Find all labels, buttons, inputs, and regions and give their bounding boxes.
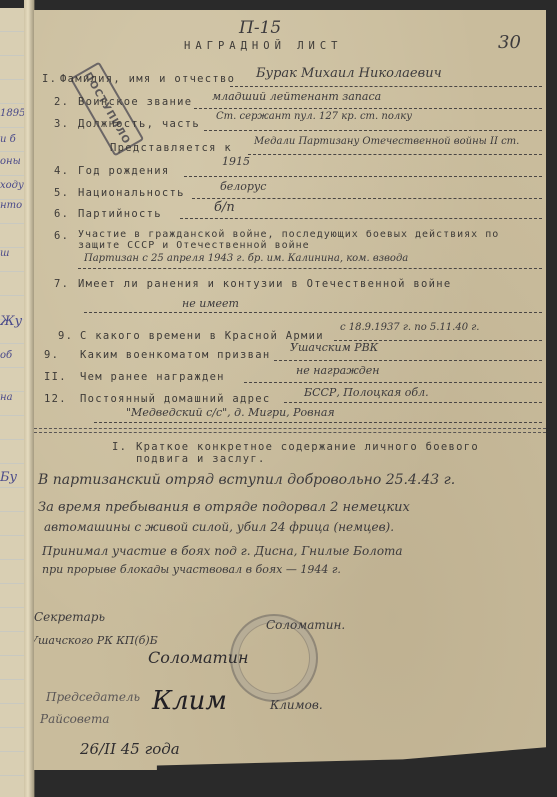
merit-text-line: В партизанский отряд вступил добровольно… — [38, 472, 455, 488]
chair-signature: Клим — [152, 686, 227, 716]
field-11-num: II. — [44, 371, 67, 383]
field-10-num: 9. — [44, 349, 59, 361]
secretary-signature: Соломатин — [148, 648, 249, 667]
left-page-text: об — [0, 350, 24, 361]
field-1-label: Фамилия, имя и отчество — [60, 73, 235, 85]
field-5-label: Национальность — [78, 187, 185, 199]
chair-title: Председатель — [46, 690, 140, 704]
fill-line — [184, 176, 542, 177]
binding-spine — [24, 0, 35, 797]
fill-line — [204, 130, 542, 131]
field-6-num: 6. — [54, 208, 69, 220]
secretary-name: Соломатин. — [266, 618, 345, 632]
chair-name: Климов. — [270, 698, 323, 712]
fill-line — [84, 312, 542, 313]
field-1-num: I. — [42, 73, 57, 85]
field-12-value-line2: "Медведский с/с", д. Мигри, Ровная — [126, 406, 335, 419]
left-page-text: ш — [0, 248, 24, 259]
left-page-text: 1895 — [0, 108, 24, 119]
fill-line — [284, 402, 542, 403]
field-10-value: Ушачским РВК — [290, 341, 378, 354]
left-page-text: и б — [0, 134, 24, 145]
fill-line — [192, 198, 542, 199]
field-8-value: не имеет — [182, 297, 239, 310]
left-page-text: Бу — [0, 470, 24, 485]
fill-line — [248, 154, 542, 155]
field-7-num: 6. — [54, 230, 69, 242]
field-8-num: 7. — [54, 278, 69, 290]
left-page-text: ходу — [0, 180, 24, 191]
secretary-title: Секретарь — [34, 610, 105, 624]
left-page-text: оны — [0, 156, 24, 167]
field-12-value: БССР, Полоцкая обл. — [304, 386, 429, 399]
field-11-label: Чем ранее награжден — [80, 371, 225, 383]
document-title: НАГРАДНОЙ ЛИСТ — [184, 40, 343, 52]
archive-number: П-15 — [239, 18, 281, 38]
nominated-for-value: Медали Партизану Отечественной войны II … — [254, 136, 519, 147]
field-9-value: с 18.9.1937 г. по 5.11.40 г. — [340, 322, 479, 333]
field-2-label: Воинское звание — [78, 96, 192, 108]
section-divider — [34, 428, 546, 433]
fill-line — [94, 422, 542, 423]
nominated-for-label: Представляется к — [110, 142, 232, 154]
field-9-num: 9. — [58, 330, 73, 342]
field-5-num: 5. — [54, 187, 69, 199]
field-5-value: белорус — [220, 180, 266, 193]
section-num: I. — [112, 441, 127, 453]
left-page-text: Жу — [0, 314, 24, 329]
field-3-num: 3. — [54, 118, 69, 130]
merit-text-line: автомашины с живой силой, убил 24 фрица … — [44, 520, 394, 534]
fill-line — [78, 268, 542, 269]
field-10-label: Каким военкоматом призван — [80, 349, 271, 361]
fill-line — [244, 382, 542, 383]
field-6-label: Партийность — [78, 208, 162, 220]
field-4-value: 1915 — [222, 155, 250, 168]
section-heading-line1: Краткое конкретное содержание личного бо… — [136, 441, 479, 453]
field-12-label: Постоянный домашний адрес — [80, 393, 271, 405]
merit-text-line: при прорыве блокады участвовал в боях — … — [42, 563, 341, 576]
merit-text-line: За время пребывания в отряде подорвал 2 … — [38, 500, 410, 515]
award-sheet: П-15 НАГРАДНОЙ ЛИСТ 30 ПОСТУПИЛО I. Фами… — [34, 10, 546, 770]
field-1-value: Бурак Михаил Николаевич — [256, 66, 442, 81]
field-4-num: 4. — [54, 165, 69, 177]
left-page-text: нто — [0, 200, 24, 211]
fill-line — [230, 86, 542, 87]
section-heading-line2: подвига и заслуг. — [136, 453, 266, 465]
field-6-value: б/п — [214, 200, 235, 215]
field-7-label: Участие в гражданской войне, последующих… — [78, 229, 548, 251]
field-3-value: Ст. сержант пул. 127 кр. ст. полку — [216, 111, 412, 122]
field-7-value: Партизан с 25 апреля 1943 г. бр. им. Кал… — [84, 253, 408, 264]
merit-text-line: Принимал участие в боях под г. Дисна, Гн… — [42, 544, 403, 558]
signing-date: 26/II 45 года — [80, 740, 180, 758]
sheet-number: 30 — [498, 32, 521, 53]
field-8-label: Имеет ли ранения и контузии в Отечествен… — [78, 278, 451, 290]
field-11-value: не награжден — [296, 364, 379, 377]
field-3-label: Должность, часть — [78, 118, 200, 130]
secretary-title-line2: Ушачского РК КП(б)Б — [30, 634, 158, 647]
field-2-value: младший лейтенант запаса — [212, 90, 381, 103]
field-12-num: 12. — [44, 393, 67, 405]
chair-title-line2: Райсовета — [40, 712, 110, 726]
fill-line — [274, 360, 542, 361]
field-2-num: 2. — [54, 96, 69, 108]
fill-line — [180, 218, 542, 219]
field-9-label: С какого времени в Красной Армии — [80, 330, 324, 342]
left-page-text: на — [0, 392, 24, 403]
previous-page-edge: 1895 и б оны ходу нто ш Жу об на Бу — [0, 8, 25, 797]
fill-line — [194, 108, 542, 109]
field-4-label: Год рождения — [78, 165, 169, 177]
